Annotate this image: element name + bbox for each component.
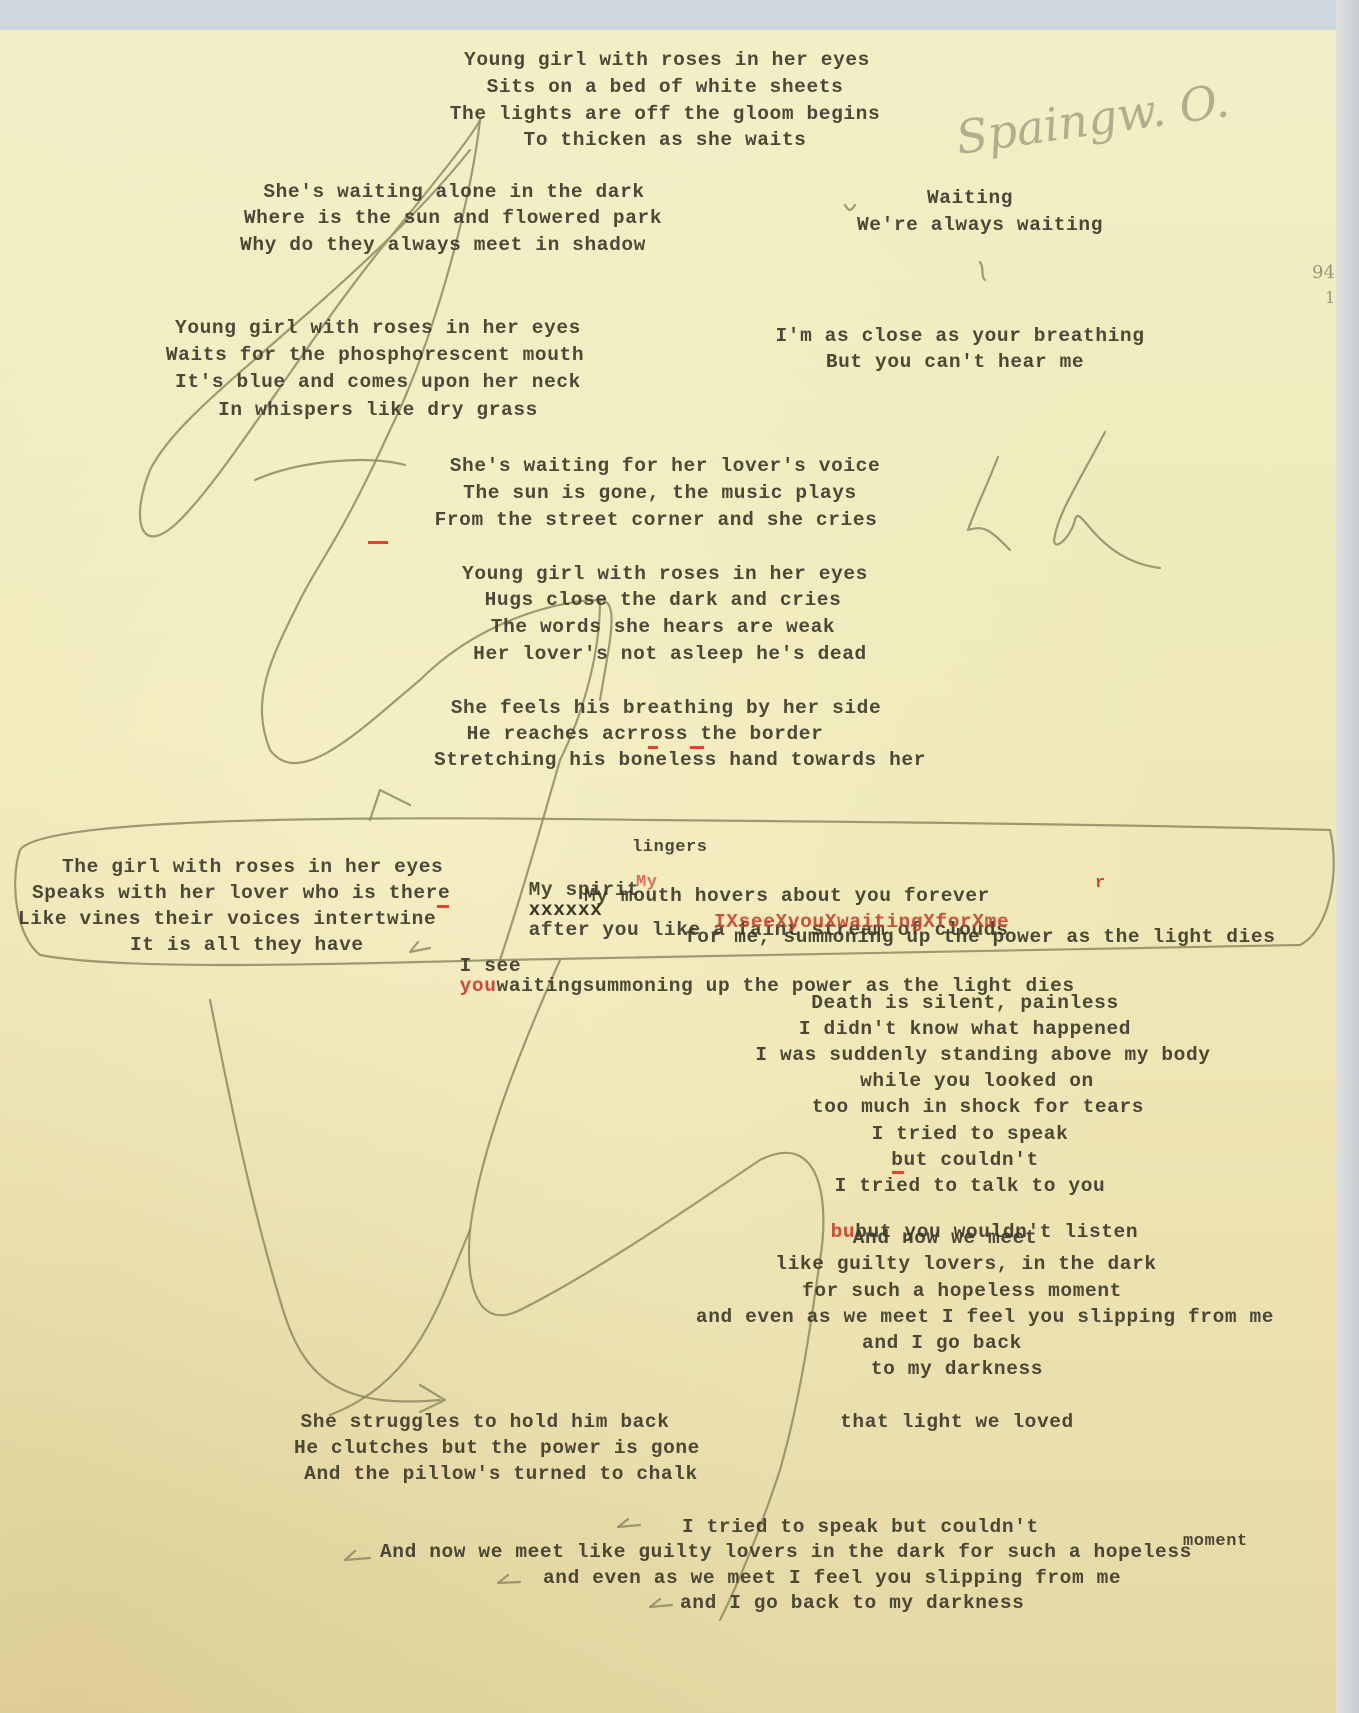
red-letter-r: r: [1095, 874, 1106, 894]
page-number-sub: 1: [1325, 288, 1335, 307]
s9-right-line-1: that light we loved: [840, 1412, 1074, 1432]
s7-left-line-4: It is all they have: [130, 935, 364, 955]
s9-left-line-3: And the pillow's turned to chalk: [304, 1464, 698, 1484]
s4-line-3: From the street corner and she cries: [435, 510, 878, 530]
red-correction-mark: [368, 541, 388, 544]
struck-word-red: you: [460, 975, 497, 997]
s10-overtype-moment: moment: [1183, 1532, 1248, 1552]
s9-left-line-1: She struggles to hold him back: [300, 1412, 669, 1432]
s1-line-2: Sits on a bed of white sheets: [487, 77, 844, 97]
s8-line-5: too much in shock for tears: [812, 1097, 1144, 1117]
s1-line-4: To thicken as she waits: [524, 130, 807, 150]
red-correction-mark: [690, 746, 704, 749]
s3-line-1: Young girl with roses in her eyes: [175, 318, 581, 338]
s7-right-line-2: My mouth hovers about you forever: [584, 886, 990, 906]
red-correction-mark: [648, 746, 658, 749]
s10-line-1: I tried to speak but couldn't: [682, 1517, 1039, 1537]
s2-line-2: Where is the sun and flowered park: [244, 208, 662, 228]
s7-left-line-2: Speaks with her lover who is there: [32, 883, 450, 903]
s8-line-8: I tried to talk to you: [835, 1176, 1106, 1196]
red-correction-mark: [892, 1171, 904, 1174]
s8-line-4: while you looked on: [860, 1071, 1094, 1091]
refrain2-line-1: I'm as close as your breathing: [775, 326, 1144, 346]
page-number: 94: [1312, 262, 1335, 283]
s5-line-1: Young girl with roses in her eyes: [462, 564, 868, 584]
s10-line-3: and even as we meet I feel you slipping …: [543, 1568, 1121, 1588]
s3-line-3: It's blue and comes upon her neck: [175, 372, 581, 392]
scan-background-top: [0, 0, 1359, 30]
s8-line-11: like guilty lovers, in the dark: [775, 1254, 1156, 1274]
s7-right-line-5-start: I see: [460, 955, 522, 977]
s1-line-1: Young girl with roses in her eyes: [464, 50, 870, 70]
refrain1-line-2: We're always waiting: [857, 215, 1103, 235]
s8-line-6: I tried to speak: [872, 1124, 1069, 1144]
s10-line-4: and I go back to my darkness: [680, 1593, 1024, 1613]
s9-left-line-2: He clutches but the power is gone: [294, 1438, 700, 1458]
s8-line-3: I was suddenly standing above my body: [755, 1045, 1210, 1065]
s8-line-7: but couldn't: [891, 1150, 1039, 1170]
red-prefix: bu: [831, 1221, 856, 1243]
refrain1-line-1: Waiting: [927, 188, 1013, 208]
s2-line-3: Why do they always meet in shadow: [240, 235, 646, 255]
refrain2-line-2: But you can't hear me: [826, 352, 1084, 372]
s6-line-3: Stretching his boneless hand towards her: [434, 750, 926, 770]
red-correction-mark: [437, 905, 449, 908]
s8-line-14: and I go back: [862, 1333, 1022, 1353]
s8-line-12: for such a hopeless moment: [802, 1281, 1122, 1301]
inserted-word-lingers: lingers: [632, 838, 708, 858]
s7-left-line-1: The girl with roses in her eyes: [62, 857, 443, 877]
s1-line-3: The lights are off the gloom begins: [450, 104, 881, 124]
s4-line-1: She's waiting for her lover's voice: [450, 456, 881, 476]
s4-line-2: The sun is gone, the music plays: [463, 483, 857, 503]
s8-line-10: And now we meet: [853, 1228, 1038, 1248]
s7-left-line-3: Like vines their voices intertwine: [18, 909, 436, 929]
scan-background-right: [1336, 0, 1359, 1713]
s8-line-13: and even as we meet I feel you slipping …: [696, 1307, 1274, 1327]
s8-line-1: Death is silent, painless: [811, 993, 1119, 1013]
s3-line-4: In whispers like dry grass: [218, 400, 538, 420]
s10-line-2: And now we meet like guilty lovers in th…: [380, 1542, 1192, 1562]
s5-line-4: Her lover's not asleep he's dead: [473, 644, 867, 664]
s6-line-2: He reaches acrross the border: [467, 724, 824, 744]
s3-line-2: Waits for the phosphorescent mouth: [166, 345, 584, 365]
s5-line-2: Hugs close the dark and cries: [485, 590, 842, 610]
s2-line-1: She's waiting alone in the dark: [263, 182, 644, 202]
s8-line-2: I didn't know what happened: [799, 1019, 1131, 1039]
s7-right-line-5: I see youwaitingsummoning up the power a…: [435, 936, 1075, 996]
s6-line-1: She feels his breathing by her side: [451, 698, 882, 718]
s8-line-15: to my darkness: [871, 1359, 1043, 1379]
s5-line-3: The words she hears are weak: [491, 617, 835, 637]
